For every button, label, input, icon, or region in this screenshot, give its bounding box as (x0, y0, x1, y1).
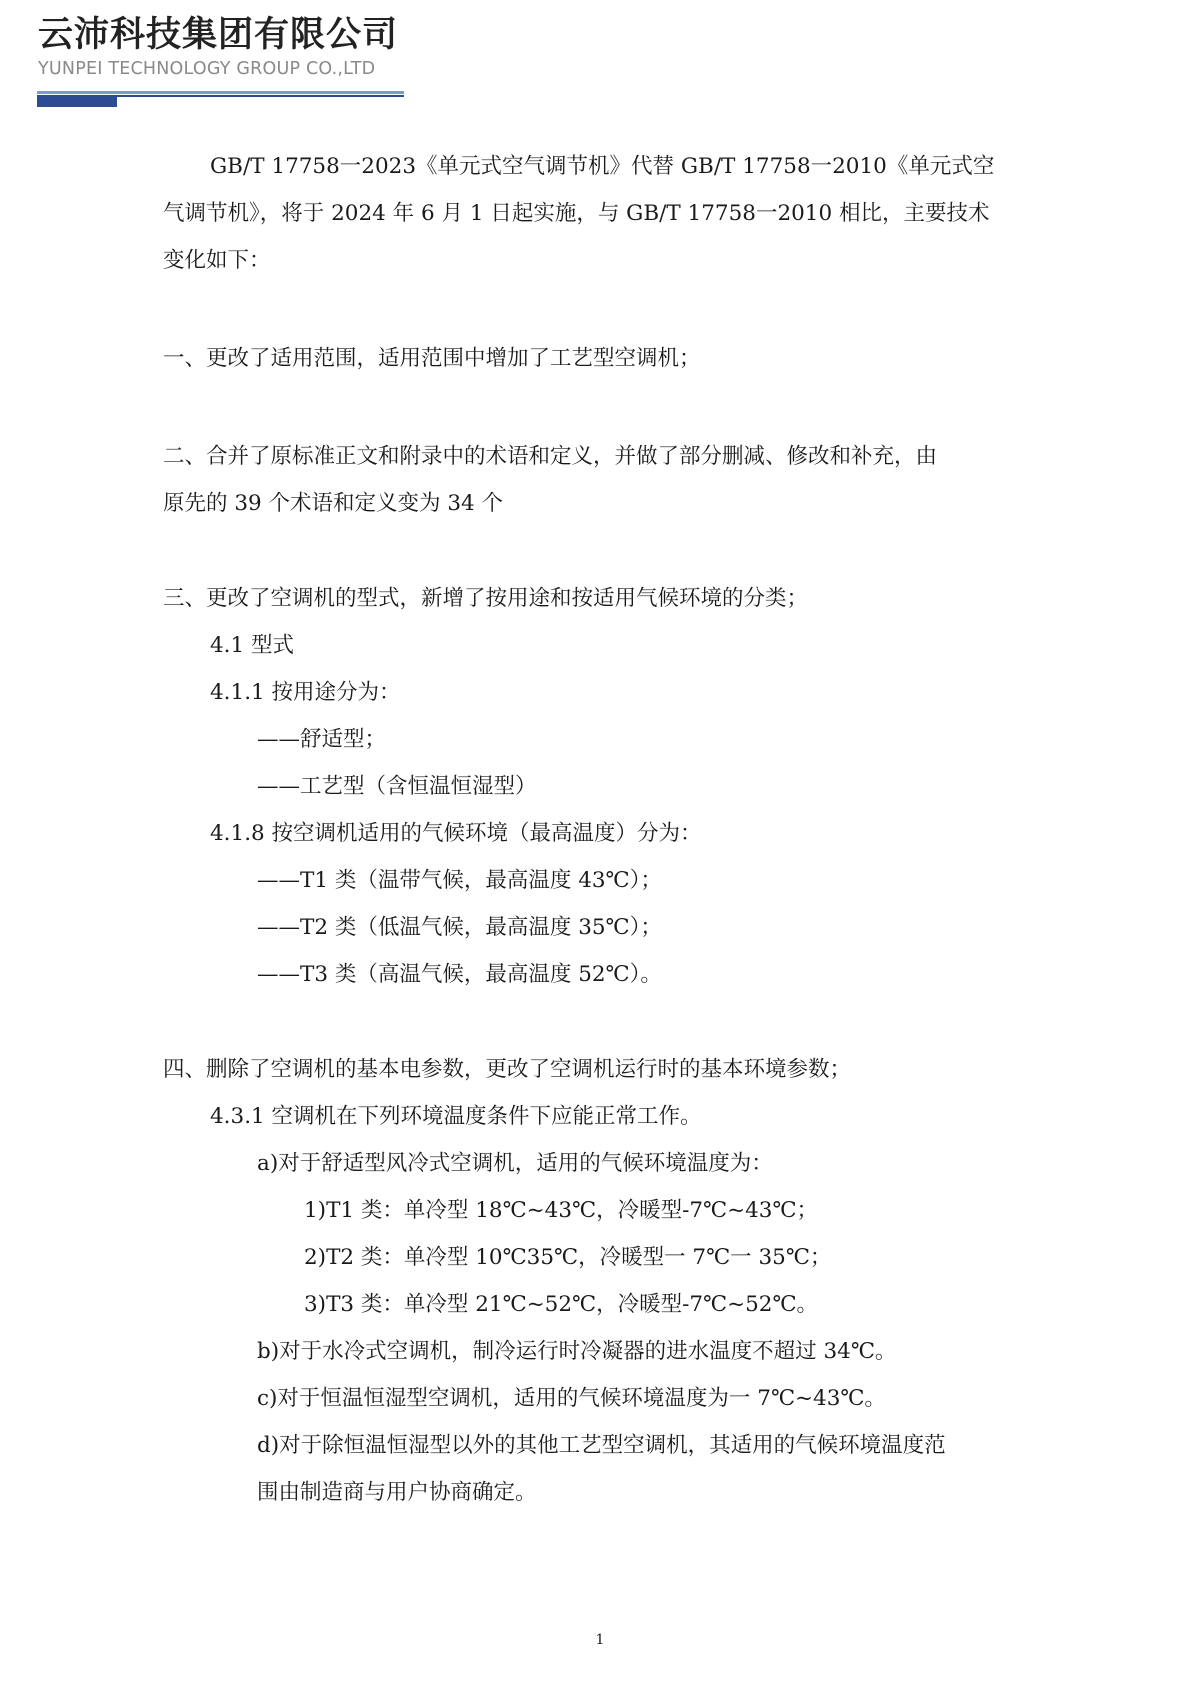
clause-4-1-1: 4.1.1 按用途分为： (210, 678, 401, 708)
page-number: 1 (0, 1632, 1200, 1648)
header-rule-light (37, 91, 404, 94)
item-d-line-2: 围由制造商与用户协商确定。 (257, 1478, 537, 1508)
item-d-line-1: d)对于除恒温恒湿型以外的其他工艺型空调机，其适用的气候环境温度范 (257, 1431, 946, 1461)
climate-item: ——T2 类（低温气候，最高温度 35℃）； (257, 913, 662, 943)
item-b: b)对于水冷式空调机，制冷运行时冷凝器的进水温度不超过 34℃。 (257, 1337, 896, 1367)
item-a-sub: 3)T3 类：单冷型 21℃~52℃，冷暖型-7℃~52℃。 (304, 1290, 818, 1320)
section-1: 一、更改了适用范围，适用范围中增加了工艺型空调机； (163, 344, 701, 374)
item-a: a)对于舒适型风冷式空调机，适用的气候环境温度为： (257, 1149, 773, 1179)
item-a-sub: 2)T2 类：单冷型 10℃35℃，冷暖型一 7℃一 35℃； (304, 1243, 831, 1273)
header-rule-block (37, 97, 117, 107)
company-logo: 云沛科技集团有限公司 YUNPEI TECHNOLOGY GROUP CO.,L… (38, 14, 398, 80)
section-2-line-1: 二、合并了原标准正文和附录中的术语和定义，并做了部分删减、修改和补充，由 (163, 442, 937, 472)
clause-4-1-8: 4.1.8 按空调机适用的气候环境（最高温度）分为： (210, 819, 702, 849)
clause-4-1: 4.1 型式 (210, 631, 294, 661)
intro-line-2: 气调节机》，将于 2024 年 6 月 1 日起实施，与 GB/T 17758一… (163, 199, 990, 229)
item-a-sub: 1)T1 类：单冷型 18℃~43℃，冷暖型-7℃~43℃； (304, 1196, 818, 1226)
company-name-cn: 云沛科技集团有限公司 (38, 14, 398, 56)
section-4-title: 四、删除了空调机的基本电参数，更改了空调机运行时的基本环境参数； (163, 1055, 851, 1085)
item-c: c)对于恒温恒湿型空调机，适用的气候环境温度为一 7℃~43℃。 (257, 1384, 886, 1414)
company-name-en: YUNPEI TECHNOLOGY GROUP CO.,LTD (38, 58, 398, 80)
intro-line-1: GB/T 17758一2023《单元式空气调节机》代替 GB/T 17758一2… (210, 152, 994, 182)
section-3-title: 三、更改了空调机的型式，新增了按用途和按适用气候环境的分类； (163, 584, 808, 614)
use-item: ——舒适型； (257, 725, 386, 755)
section-2-line-2: 原先的 39 个术语和定义变为 34 个 (163, 489, 503, 519)
climate-item: ——T3 类（高温气候，最高温度 52℃）。 (257, 960, 662, 990)
use-item: ——工艺型（含恒温恒湿型） (257, 772, 537, 802)
climate-item: ——T1 类（温带气候，最高温度 43℃）； (257, 866, 662, 896)
clause-4-3-1: 4.3.1 空调机在下列环境温度条件下应能正常工作。 (210, 1102, 702, 1132)
intro-line-3: 变化如下： (163, 246, 271, 276)
